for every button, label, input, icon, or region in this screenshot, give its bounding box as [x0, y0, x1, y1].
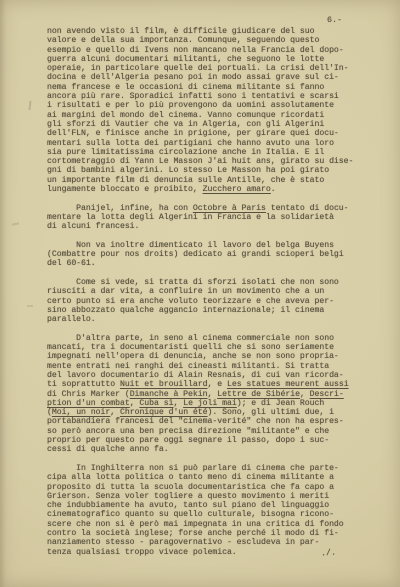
text-line: mentari sulla lotta dei partigiani che h… [47, 139, 369, 148]
text-segment: del 60-61. [47, 259, 96, 268]
scan-artifact [27, 305, 33, 307]
text-segment: docina e dell'Algeria pesano poi in modo… [47, 73, 339, 82]
text-segment: un importante film di denuncia sulle Ant… [47, 176, 324, 185]
text-line: ption d'un combat, Cuba sì, Le joli mai)… [47, 399, 369, 408]
text-segment: ancora più rare. Sporadici infatti sono … [47, 92, 339, 101]
scan-edge-shadow [0, 0, 6, 587]
text-segment: Grierson. Senza voler togliere a questo … [47, 492, 329, 501]
text-line: cinematografico quanto su quello cultura… [47, 510, 369, 519]
text-segment: scere che non si è però mai impegnata in… [47, 520, 344, 529]
text-line: docina e dell'Algeria pesano poi in modo… [47, 73, 369, 82]
text-line: nema francese e le occasioni di cinema m… [47, 83, 369, 92]
text-line: del lavoro documentario di Alain Resnais… [47, 371, 369, 380]
text-line: so però ancora una ben precisa direzione… [47, 427, 369, 436]
text-line: proposito di tutta la scuola documentari… [47, 483, 369, 492]
film-title: Nuit et brouillard [120, 380, 208, 389]
text-line: scere che non si è però mai impegnata in… [47, 520, 369, 529]
text-segment: In Inghilterra non si può parlare di cin… [47, 464, 339, 473]
text-segment: nanziamento stesso - paragovernativo - e… [47, 538, 319, 547]
text-segment: proprio per questo pare oggi segnare il … [47, 436, 329, 445]
text-segment: Non va inoltre dimenticato il lavoro del… [47, 241, 334, 250]
text-line: nanziamento stesso - paragovernativo - e… [47, 538, 369, 547]
text-segment: dell'FLN, e finisce anche in prigione, p… [47, 129, 339, 138]
scan-artifact [12, 222, 19, 225]
document-text: non avendo visto il film, è difficile gi… [47, 27, 369, 557]
text-line: parallelo. [47, 315, 369, 324]
text-segment: riusciti a dar vita, a confluire in un m… [47, 287, 324, 296]
text-segment: operaie, in particolare quelle dei portu… [47, 64, 349, 73]
text-segment: cipa alla lotta politica o tanto meno di… [47, 473, 334, 482]
page-number: 6.- [327, 15, 342, 25]
text-segment: non avendo visto il film, è difficile gi… [47, 27, 314, 36]
text-line: Panijel, infine, ha con Octobre à Paris … [47, 204, 369, 213]
film-title: Zucchero amaro [203, 185, 271, 194]
film-title: Cuba sì [139, 399, 173, 408]
text-segment: parallelo. [47, 315, 96, 324]
text-line: gli sforzi di Vautier che va in Algeria,… [47, 120, 369, 129]
paragraph: Come si vede, si tratta di sforzi isolat… [47, 278, 369, 324]
text-segment: del lavoro documentario di Alain Resnais… [47, 371, 344, 380]
text-line: sia pure limitatissima circolazione anch… [47, 148, 369, 157]
text-line: non avendo visto il film, è difficile gi… [47, 27, 369, 36]
text-segment: Panijel, infine, ha con [47, 204, 193, 213]
text-segment: cessi di qualche anno fa. [47, 445, 169, 454]
text-segment: esempio e quello di Ivens non mancano ne… [47, 46, 344, 55]
text-segment: ai margini del mondo del cinema. Vanno c… [47, 111, 324, 120]
text-line: cipa alla lotta politica o tanto meno di… [47, 473, 369, 482]
text-line: mente entrati nei ranghi dei cineasti mi… [47, 362, 369, 371]
paragraph: In Inghilterra non si può parlare di cin… [47, 464, 369, 557]
paragraph: Non va inoltre dimenticato il lavoro del… [47, 241, 369, 269]
text-line: mancati, tra i documentaristi quelli che… [47, 343, 369, 352]
text-line: portabandiera francesi del "cinema-verit… [47, 417, 369, 426]
text-segment: . [271, 185, 276, 194]
text-line: sino abbozzato qualche aggancio internaz… [47, 306, 369, 315]
text-segment: i risultati e per lo più provengono da u… [47, 101, 334, 110]
text-segment: ). Sono, gli ultimi due, i [208, 408, 334, 417]
text-line: gni di bambini algerini. Lo stesso Le Ma… [47, 166, 369, 175]
text-line: un importante film di denuncia sulle Ant… [47, 176, 369, 185]
text-line: contro la società inglese; forse anche p… [47, 529, 369, 538]
text-segment: cortometraggio di Yann Le Masson J'ai hu… [47, 157, 353, 166]
text-line: certo punto si era anche voluto teorizza… [47, 297, 369, 306]
text-line: cessi di qualche anno fa. [47, 445, 369, 454]
text-segment: (Combattre pour nos droits) dedicato ai … [47, 250, 344, 259]
text-line: di Chris Marker (Dimanche à Pekin, Lettr… [47, 390, 369, 399]
text-segment: lungamente bloccato e proibito, [47, 185, 203, 194]
film-title: Moi, un noir [52, 408, 110, 417]
text-segment: ); e di Jean Rouch [237, 399, 325, 408]
text-segment: , [110, 408, 120, 417]
text-segment: valore e della sua importanza. Comunque,… [47, 36, 319, 45]
text-line: lungamente bloccato e proibito, Zucchero… [47, 185, 369, 194]
text-segment: D'altra parte, in seno al cinema commerc… [47, 334, 334, 343]
text-segment: di Chris Marker ( [47, 390, 130, 399]
text-segment: , [208, 390, 218, 399]
text-line: impegnati nell'opera di denuncia, anche … [47, 352, 369, 361]
text-segment: , [300, 390, 310, 399]
text-line: D'altra parte, in seno al cinema commerc… [47, 334, 369, 343]
text-segment: tenza qualsiasi troppo vivace polemica. [47, 548, 237, 557]
text-segment: cinematografico quanto su quello cultura… [47, 510, 334, 519]
film-title: ption d'un combat [47, 399, 130, 408]
text-segment: gni di bambini algerini. Lo stesso Le Ma… [47, 166, 329, 175]
text-line: i risultati e per lo più provengono da u… [47, 101, 369, 110]
text-line: ti soprattutto Nuit et brouillard, e Les… [47, 380, 369, 389]
paragraph: D'altra parte, in seno al cinema commerc… [47, 334, 369, 455]
paragraph: non avendo visto il film, è difficile gi… [47, 27, 369, 194]
text-segment: ti soprattutto [47, 380, 120, 389]
text-segment: sia pure limitatissima circolazione anch… [47, 148, 324, 157]
text-line: di alcuni francesi. [47, 222, 369, 231]
text-line: ancora più rare. Sporadici infatti sono … [47, 92, 369, 101]
text-line: riusciti a dar vita, a confluire in un m… [47, 287, 369, 296]
text-segment: , e [208, 380, 227, 389]
text-line: Grierson. Senza voler togliere a questo … [47, 492, 369, 501]
paragraph: Panijel, infine, ha con Octobre à Paris … [47, 204, 369, 232]
text-line: ai margini del mondo del cinema. Vanno c… [47, 111, 369, 120]
text-line: guerra alcuni documentari militanti, che… [47, 55, 369, 64]
film-title: Le joli mai [183, 399, 237, 408]
film-title: Dimanche à Pekin [130, 390, 208, 399]
text-segment: che indubbiamente ha avuto, tanto sul pi… [47, 501, 329, 510]
text-line: In Inghilterra non si può parlare di cin… [47, 464, 369, 473]
text-line: Non va inoltre dimenticato il lavoro del… [47, 241, 369, 250]
scanned-typewritten-page: 6.- non avendo visto il film, è difficil… [0, 0, 400, 587]
text-line: del 60-61. [47, 259, 369, 268]
text-segment: contro la società inglese; forse anche p… [47, 529, 339, 538]
text-segment: , [173, 399, 183, 408]
text-segment: Come si vede, si tratta di sforzi isolat… [47, 278, 339, 287]
text-segment: tentato di docu- [266, 204, 349, 213]
film-title: Chronique d'un été [120, 408, 208, 417]
film-title: Octobre à Paris [193, 204, 266, 213]
text-segment: mancati, tra i documentaristi quelli che… [47, 343, 334, 352]
text-line: Come si vede, si tratta di sforzi isolat… [47, 278, 369, 287]
text-line: esempio e quello di Ivens non mancano ne… [47, 46, 369, 55]
continuation-mark: ./. [321, 547, 337, 558]
text-segment: sino abbozzato qualche aggancio internaz… [47, 306, 324, 315]
film-title: Les statues meurent aussi [227, 380, 349, 389]
text-line: valore e della sua importanza. Comunque,… [47, 36, 369, 45]
text-segment: impegnati nell'opera di denuncia, anche … [47, 352, 339, 361]
text-line: dell'FLN, e finisce anche in prigione, p… [47, 129, 369, 138]
film-title: Descri- [310, 390, 344, 399]
text-segment: mentare la lotta degli Algerini in Franc… [47, 213, 334, 222]
text-segment: mente entrati nei ranghi dei cineasti mi… [47, 362, 329, 371]
text-segment: so però ancora una ben precisa direzione… [47, 427, 329, 436]
text-segment: guerra alcuni documentari militanti, che… [47, 55, 324, 64]
text-segment: mentari sulla lotta dei partigiani che h… [47, 139, 334, 148]
text-segment: di alcuni francesi. [47, 222, 139, 231]
text-segment: , [130, 399, 140, 408]
text-segment: portabandiera francesi del "cinema-verit… [47, 417, 344, 426]
text-segment: nema francese e le occasioni di cinema m… [47, 83, 324, 92]
text-segment: certo punto si era anche voluto teorizza… [47, 297, 334, 306]
film-title: Lettre de Sibérie [217, 390, 300, 399]
text-segment: gli sforzi di Vautier che va in Algeria,… [47, 120, 324, 129]
scan-artifact [28, 101, 31, 110]
text-line: proprio per questo pare oggi segnare il … [47, 436, 369, 445]
text-segment: proposito di tutta la scuola documentari… [47, 483, 334, 492]
text-line: mentare la lotta degli Algerini in Franc… [47, 213, 369, 222]
